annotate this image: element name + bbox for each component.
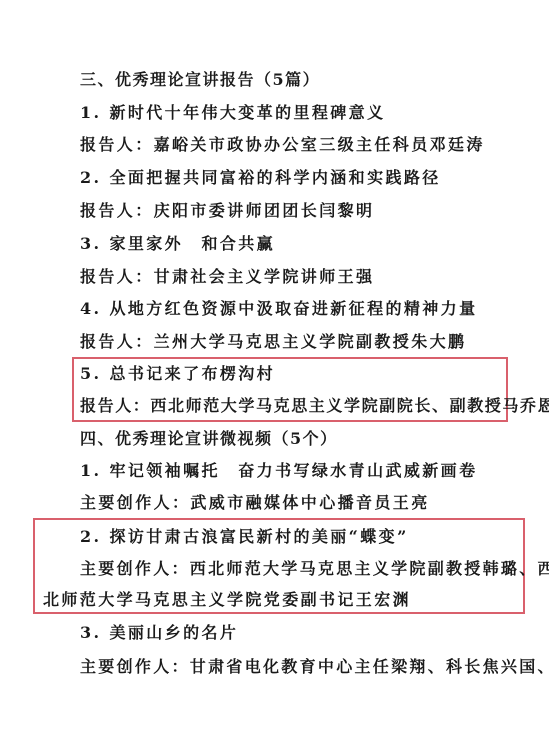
video-title-1: 1. 牢记领袖嘱托 奋力书写绿水青山武威新画卷 — [80, 461, 477, 481]
section-heading-4: 四、优秀理论宣讲微视频（5个） — [80, 429, 338, 449]
video-title-2: 2. 探访甘肃古浪富民新村的美丽“蝶变” — [80, 527, 409, 547]
video-byline-1: 主要创作人：武威市融媒体中心播音员王亮 — [80, 493, 430, 513]
report-title-5: 5. 总书记来了布楞沟村 — [80, 364, 275, 384]
video-byline-2: 主要创作人：西北师范大学马克思主义学院副教授韩璐、西 — [80, 559, 549, 579]
report-byline-2: 报告人：庆阳市委讲师团团长闫黎明 — [80, 201, 374, 221]
report-title-1: 1. 新时代十年伟大变革的里程碑意义 — [80, 103, 385, 123]
video-byline-2-continued: 北师范大学马克思主义学院党委副书记王宏渊 — [43, 590, 411, 610]
report-byline-5: 报告人：西北师范大学马克思主义学院副院长、副教授马乔恩 — [80, 396, 549, 416]
video-byline-3: 主要创作人：甘肃省电化教育中心主任梁翔、科长焦兴国、 — [80, 657, 549, 677]
report-byline-3: 报告人：甘肃社会主义学院讲师王强 — [80, 267, 374, 287]
video-title-3: 3. 美丽山乡的名片 — [80, 623, 238, 643]
report-byline-4: 报告人：兰州大学马克思主义学院副教授朱大鹏 — [80, 332, 466, 352]
report-byline-1: 报告人：嘉峪关市政协办公室三级主任科员邓廷涛 — [80, 135, 485, 155]
report-title-4: 4. 从地方红色资源中汲取奋进新征程的精神力量 — [80, 299, 477, 319]
report-title-3: 3. 家里家外 和合共赢 — [80, 234, 275, 254]
section-heading-3: 三、优秀理论宣讲报告（5篇） — [80, 70, 320, 90]
report-title-2: 2. 全面把握共同富裕的科学内涵和实践路径 — [80, 168, 441, 188]
